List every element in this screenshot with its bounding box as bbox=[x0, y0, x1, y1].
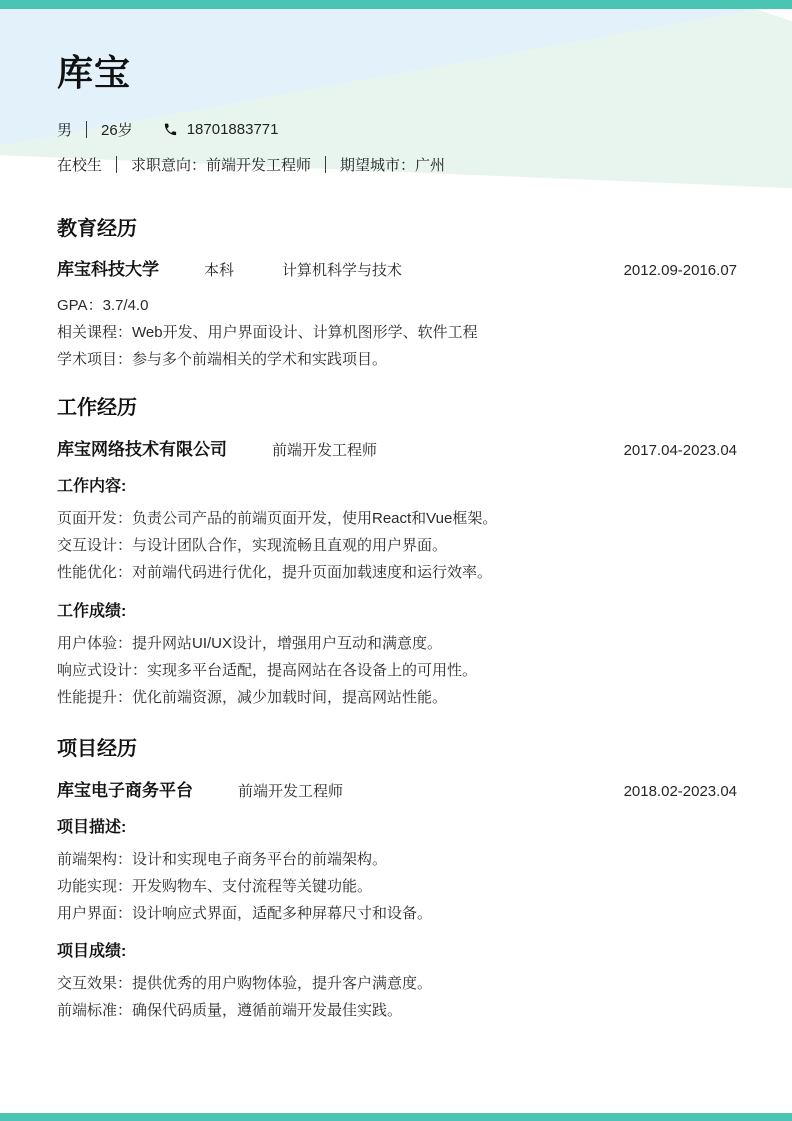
project-entry-row: 库宝电子商务平台 前端开发工程师 2018.02-2023.04 bbox=[57, 779, 737, 804]
work-entry-row: 库宝网络技术有限公司 前端开发工程师 2017.04-2023.04 bbox=[57, 438, 737, 463]
company-name: 库宝网络技术有限公司 bbox=[57, 438, 227, 462]
education-details: GPA：3.7/4.0 相关课程：Web开发、用户界面设计、计算机图形学、软件工… bbox=[57, 292, 737, 373]
major-label: 计算机科学与技术 bbox=[282, 259, 402, 283]
work-content-list: 页面开发：负责公司产品的前端页面开发，使用React和Vue框架。 交互设计：与… bbox=[57, 505, 737, 586]
education-period: 2012.09-2016.07 bbox=[624, 259, 737, 283]
education-detail-line: GPA：3.7/4.0 bbox=[57, 292, 737, 319]
project-desc-line: 前端架构：设计和实现电子商务平台的前端架构。 bbox=[57, 846, 737, 873]
education-detail-line: 学术项目：参与多个前端相关的学术和实践项目。 bbox=[57, 346, 737, 373]
divider-bar bbox=[116, 156, 117, 173]
project-desc-list: 前端架构：设计和实现电子商务平台的前端架构。 功能实现：开发购物车、支付流程等关… bbox=[57, 846, 737, 927]
work-result-list: 用户体验：提升网站UI/UX设计，增强用户互动和满意度。 响应式设计：实现多平台… bbox=[57, 630, 737, 711]
basic-info-row: 男 26岁 18701883771 bbox=[57, 119, 737, 140]
phone-icon bbox=[163, 122, 178, 137]
divider-bar bbox=[86, 121, 87, 138]
intention-info-row: 在校生 求职意向：前端开发工程师 期望城市：广州 bbox=[57, 154, 737, 175]
work-role: 前端开发工程师 bbox=[272, 439, 377, 463]
work-result-label: 工作成绩: bbox=[57, 601, 737, 623]
work-content-line: 页面开发：负责公司产品的前端页面开发，使用React和Vue框架。 bbox=[57, 505, 737, 532]
project-period: 2018.02-2023.04 bbox=[624, 780, 737, 804]
education-entry-row: 库宝科技大学 本科 计算机科学与技术 2012.09-2016.07 bbox=[57, 258, 737, 283]
project-result-line: 前端标准：确保代码质量，遵循前端开发最佳实践。 bbox=[57, 997, 737, 1024]
school-name: 库宝科技大学 bbox=[57, 258, 159, 282]
work-content-label: 工作内容: bbox=[57, 476, 737, 498]
work-result-line: 用户体验：提升网站UI/UX设计，增强用户互动和满意度。 bbox=[57, 630, 737, 657]
project-desc-line: 功能实现：开发购物车、支付流程等关键功能。 bbox=[57, 873, 737, 900]
education-detail-line: 相关课程：Web开发、用户界面设计、计算机图形学、软件工程 bbox=[57, 319, 737, 346]
section-title-work: 工作经历 bbox=[57, 394, 737, 422]
project-result-line: 交互效果：提供优秀的用户购物体验，提升客户满意度。 bbox=[57, 970, 737, 997]
degree-label: 本科 bbox=[204, 259, 234, 283]
phone-number: 18701883771 bbox=[187, 121, 279, 138]
project-role: 前端开发工程师 bbox=[238, 780, 343, 804]
work-content-line: 交互设计：与设计团队合作，实现流畅且直观的用户界面。 bbox=[57, 532, 737, 559]
work-result-line: 性能提升：优化前端资源，减少加载时间，提高网站性能。 bbox=[57, 684, 737, 711]
candidate-name: 库宝 bbox=[57, 0, 737, 93]
section-title-project: 项目经历 bbox=[57, 735, 737, 763]
project-name: 库宝电子商务平台 bbox=[57, 779, 193, 803]
resume-content: 库宝 男 26岁 18701883771 在校生 求职意向：前端开发工程师 期望… bbox=[0, 0, 792, 1024]
phone-group: 18701883771 bbox=[163, 121, 279, 138]
age-label: 26岁 bbox=[101, 119, 133, 140]
project-result-list: 交互效果：提供优秀的用户购物体验，提升客户满意度。 前端标准：确保代码质量，遵循… bbox=[57, 970, 737, 1024]
project-result-label: 项目成绩: bbox=[57, 941, 737, 963]
work-result-line: 响应式设计：实现多平台适配，提高网站在各设备上的可用性。 bbox=[57, 657, 737, 684]
divider-bar bbox=[325, 156, 326, 173]
work-period: 2017.04-2023.04 bbox=[624, 439, 737, 463]
target-city-label: 期望城市：广州 bbox=[340, 154, 445, 175]
resume-page: 库宝 男 26岁 18701883771 在校生 求职意向：前端开发工程师 期望… bbox=[0, 0, 792, 1121]
status-label: 在校生 bbox=[57, 154, 102, 175]
project-desc-label: 项目描述: bbox=[57, 817, 737, 839]
project-desc-line: 用户界面：设计响应式界面，适配多种屏幕尺寸和设备。 bbox=[57, 900, 737, 927]
work-content-line: 性能优化：对前端代码进行优化，提升页面加载速度和运行效率。 bbox=[57, 559, 737, 586]
gender-label: 男 bbox=[57, 119, 72, 140]
bottom-accent-bar bbox=[0, 1113, 792, 1121]
job-intention-label: 求职意向：前端开发工程师 bbox=[131, 154, 311, 175]
section-title-education: 教育经历 bbox=[57, 215, 737, 243]
